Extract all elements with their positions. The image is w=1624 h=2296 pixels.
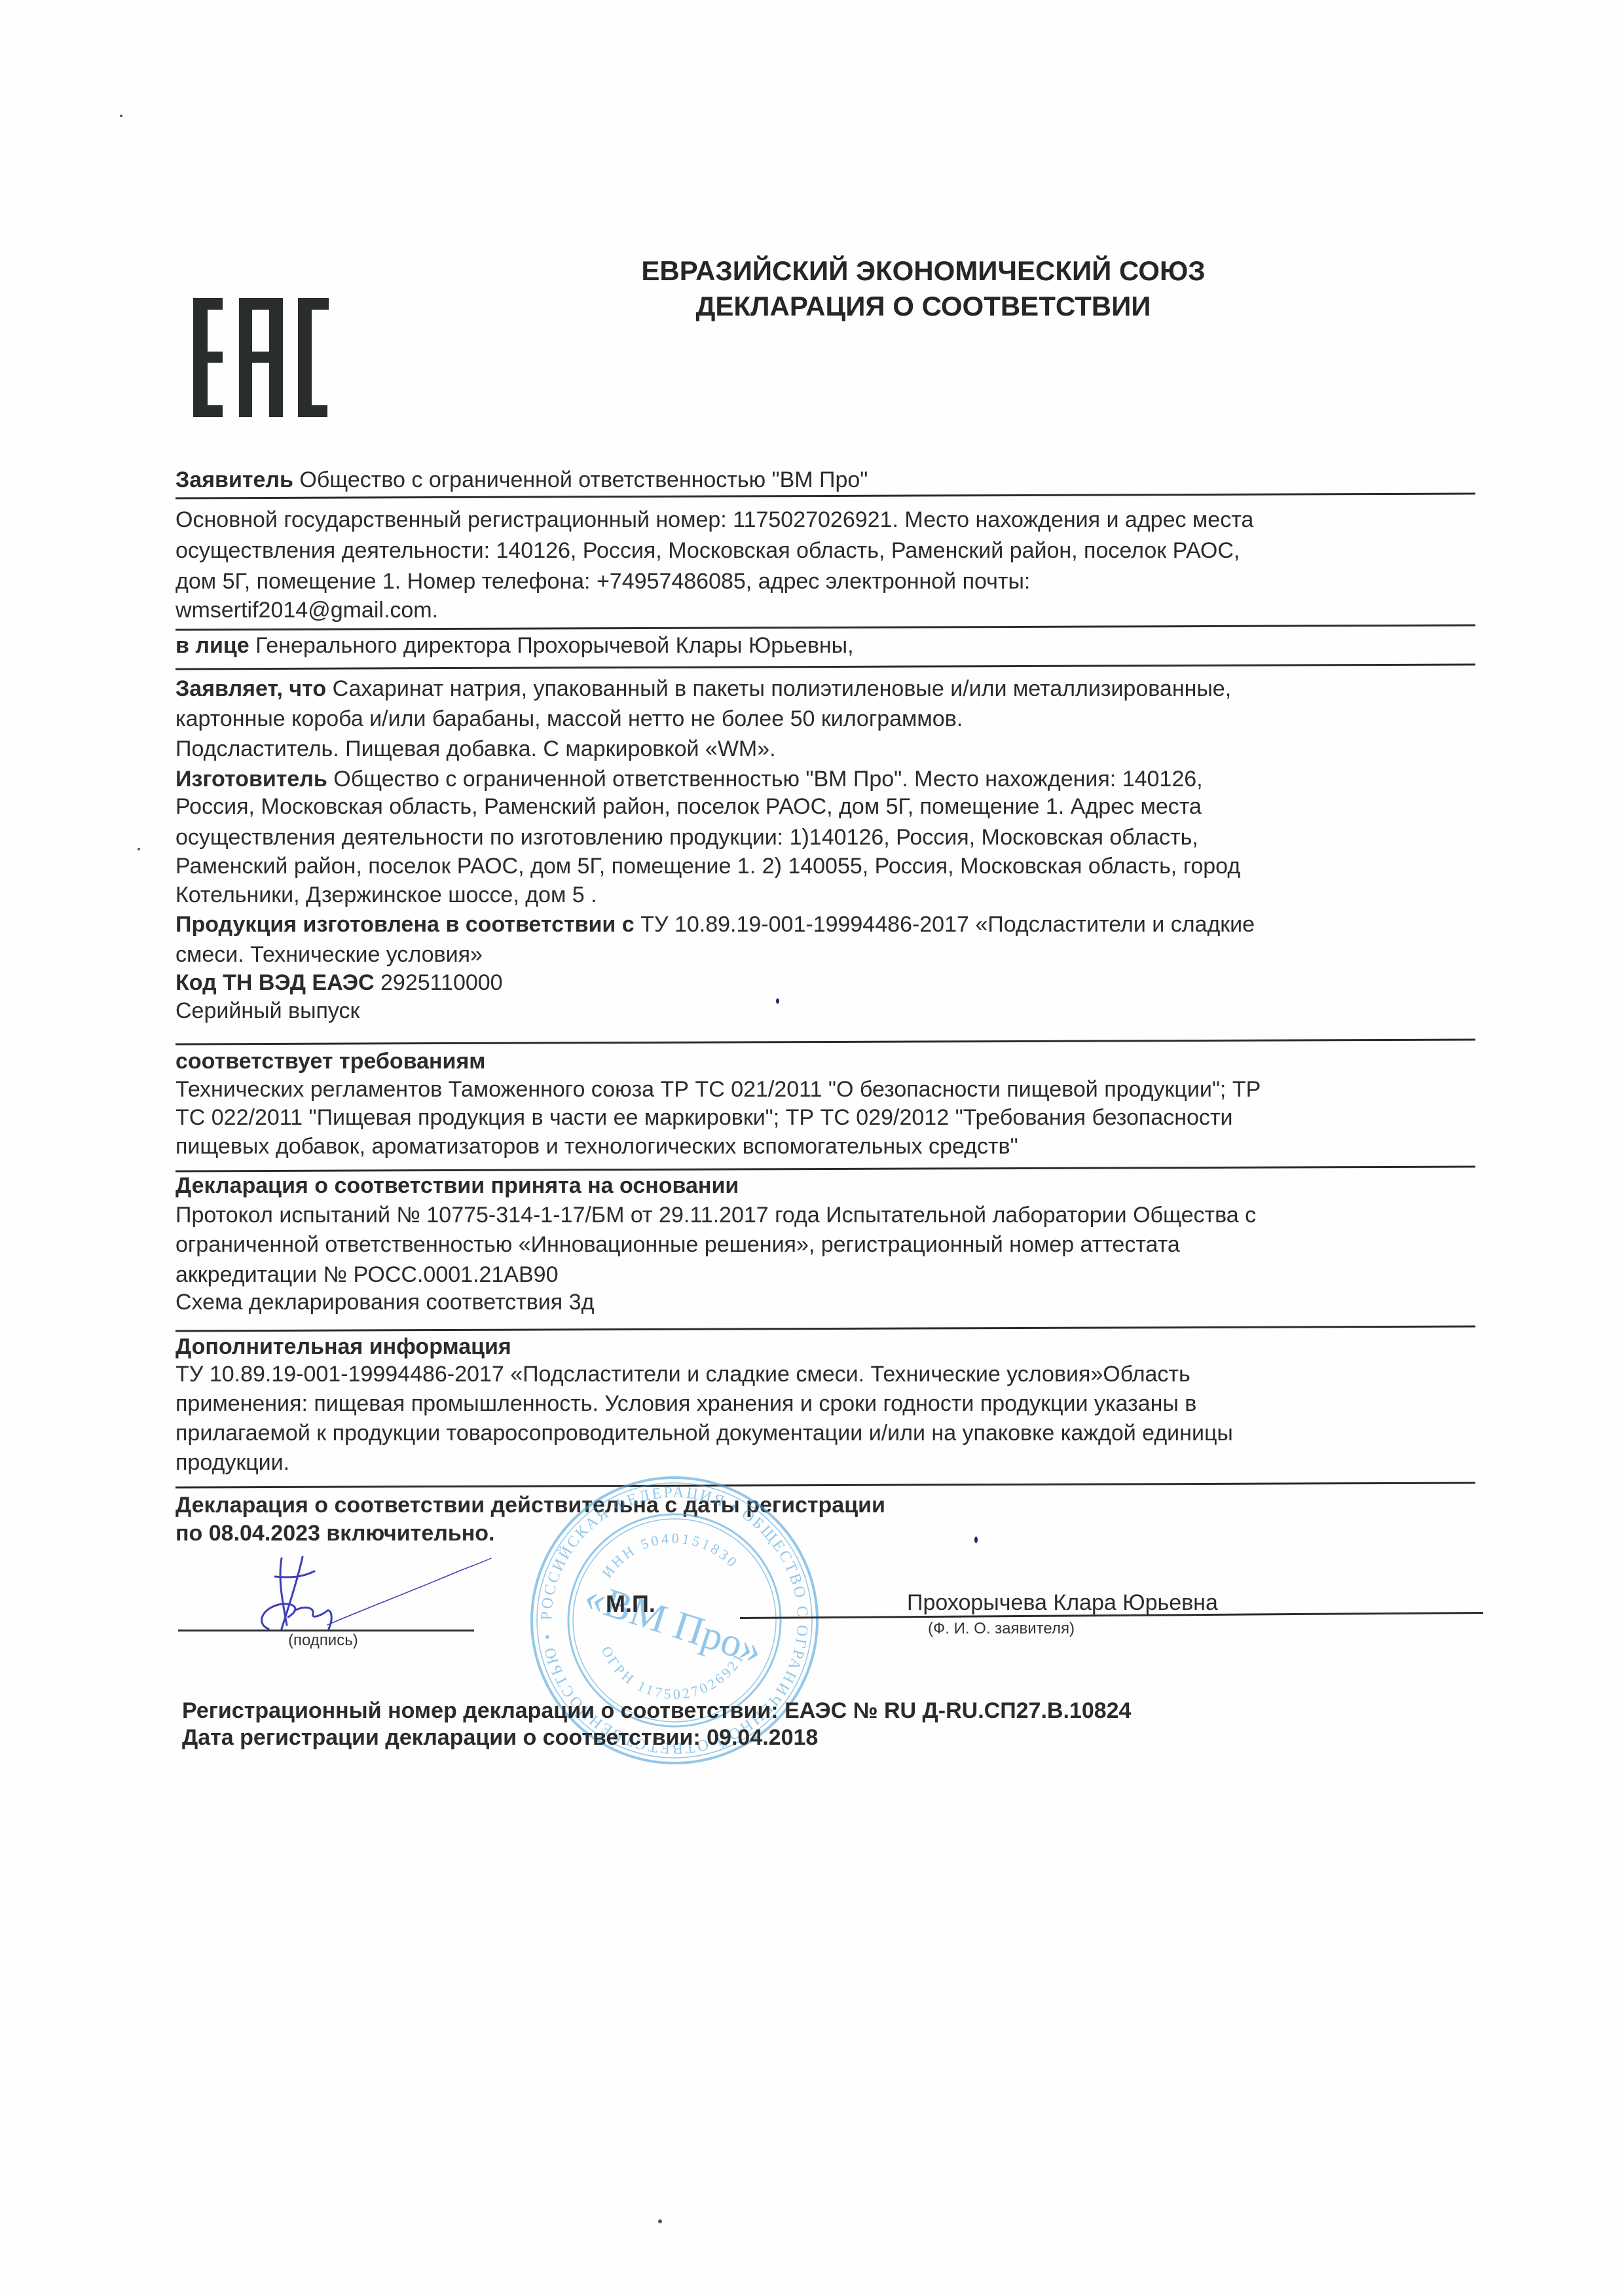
scan-speck xyxy=(138,848,140,850)
additional-label: Дополнительная информация xyxy=(175,1334,511,1360)
production-standard-line: Продукция изготовлена в соответствии с Т… xyxy=(175,911,1255,938)
applicant-details-line: Основной государственный регистрационный… xyxy=(175,507,1253,533)
scan-speck xyxy=(776,998,779,1004)
divider xyxy=(175,664,1475,670)
conformity-label: соответствует требованиям xyxy=(175,1048,485,1074)
declares-label: Заявляет, что xyxy=(175,676,326,701)
registration-number: Регистрационный номер декларации о соотв… xyxy=(182,1698,1131,1724)
validity-end-date: по 08.04.2023 включительно. xyxy=(175,1520,495,1546)
conformity-line: Технических регламентов Таможенного союз… xyxy=(175,1076,1261,1102)
title-union: ЕВРАЗИЙСКИЙ ЭКОНОМИЧЕСКИЙ СОЮЗ xyxy=(0,255,1624,287)
declares-product: Сахаринат натрия, упакованный в пакеты п… xyxy=(333,676,1232,701)
applicant-line: Заявитель Общество с ограниченной ответс… xyxy=(175,467,868,493)
tnved-value: 2925110000 xyxy=(380,970,503,995)
manufacturer-name: Общество с ограниченной ответственностью… xyxy=(333,767,1202,792)
basis-line: аккредитации № РОСС.0001.21АВ90 xyxy=(175,1262,559,1288)
manufacturer-line: Раменский район, поселок РАОС, дом 5Г, п… xyxy=(175,853,1240,879)
declares-line: Заявляет, что Сахаринат натрия, упакован… xyxy=(175,676,1231,702)
declares-line: Подсластитель. Пищевая добавка. С маркир… xyxy=(175,736,776,762)
manufacturer-line: Изготовитель Общество с ограниченной отв… xyxy=(175,766,1203,792)
conformity-line: пищевых добавок, ароматизаторов и технол… xyxy=(175,1133,1018,1159)
scan-speck xyxy=(974,1537,978,1543)
signature-caption: (подпись) xyxy=(288,1631,358,1650)
svg-text:ИНН 5040151830: ИНН 5040151830 xyxy=(599,1530,742,1581)
additional-line: продукции. xyxy=(175,1449,289,1476)
declares-line: картонные короба и/или барабаны, массой … xyxy=(175,706,963,732)
conformity-line: ТС 022/2011 "Пищевая продукция в части е… xyxy=(175,1104,1232,1131)
basis-line: Протокол испытаний № 10775-314-1-17/БМ о… xyxy=(175,1202,1256,1228)
scan-speck xyxy=(120,115,122,117)
scheme-line: Схема декларирования соответствия 3д xyxy=(175,1289,594,1315)
release-type: Серийный выпуск xyxy=(175,998,360,1024)
basis-label: Декларация о соответствии принята на осн… xyxy=(175,1173,739,1199)
declaration-page: ЕВРАЗИЙСКИЙ ЭКОНОМИЧЕСКИЙ СОЮЗ ДЕКЛАРАЦИ… xyxy=(0,0,1624,2296)
applicant-label: Заявитель xyxy=(175,467,293,492)
tnved-label: Код ТН ВЭД ЕАЭС xyxy=(175,970,375,995)
applicant-name: Общество с ограниченной ответственностью… xyxy=(299,467,868,492)
signature-icon xyxy=(242,1552,517,1637)
production-standard-value: ТУ 10.89.19-001-19994486-2017 «Подсласти… xyxy=(640,912,1255,937)
additional-line: ТУ 10.89.19-001-19994486-2017 «Подсласти… xyxy=(175,1361,1190,1387)
tnved-line: Код ТН ВЭД ЕАЭС 2925110000 xyxy=(175,970,503,996)
applicant-details-line: осуществления деятельности: 140126, Росс… xyxy=(175,538,1240,564)
production-standard-label: Продукция изготовлена в соответствии с xyxy=(175,912,635,937)
applicant-details-line: дом 5Г, помещение 1. Номер телефона: +74… xyxy=(175,568,1030,594)
representative-text: Генерального директора Прохорычевой Клар… xyxy=(255,633,853,658)
registration-date: Дата регистрации декларации о соответств… xyxy=(182,1724,818,1751)
seal-label: М.П. xyxy=(606,1591,655,1617)
divider xyxy=(175,1326,1475,1332)
production-standard-line: смеси. Технические условия» xyxy=(175,941,483,968)
signer-caption: (Ф. И. О. заявителя) xyxy=(928,1620,1075,1638)
scan-speck xyxy=(658,2219,662,2223)
manufacturer-label: Изготовитель xyxy=(175,767,327,792)
divider xyxy=(175,1482,1475,1489)
additional-line: прилагаемой к продукции товаросопроводит… xyxy=(175,1420,1233,1446)
basis-line: ограниченной ответственностью «Инновацио… xyxy=(175,1231,1180,1258)
manufacturer-line: осуществления деятельности по изготовлен… xyxy=(175,824,1198,850)
divider xyxy=(175,1039,1475,1046)
additional-line: применения: пищевая промышленность. Усло… xyxy=(175,1391,1196,1417)
divider xyxy=(175,1166,1475,1173)
representative-label: в лице xyxy=(175,633,249,658)
manufacturer-line: Котельники, Дзержинское шоссе, дом 5 . xyxy=(175,882,597,908)
divider xyxy=(175,493,1475,500)
title-declaration: ДЕКЛАРАЦИЯ О СООТВЕТСТВИИ xyxy=(0,291,1624,322)
representative-line: в лице Генерального директора Прохорычев… xyxy=(175,632,854,659)
signer-name: Прохорычева Клара Юрьевна xyxy=(907,1590,1218,1616)
divider xyxy=(175,625,1475,631)
manufacturer-line: Россия, Московская область, Раменский ра… xyxy=(175,793,1202,820)
applicant-email: wmsertif2014@gmail.com. xyxy=(175,597,438,623)
